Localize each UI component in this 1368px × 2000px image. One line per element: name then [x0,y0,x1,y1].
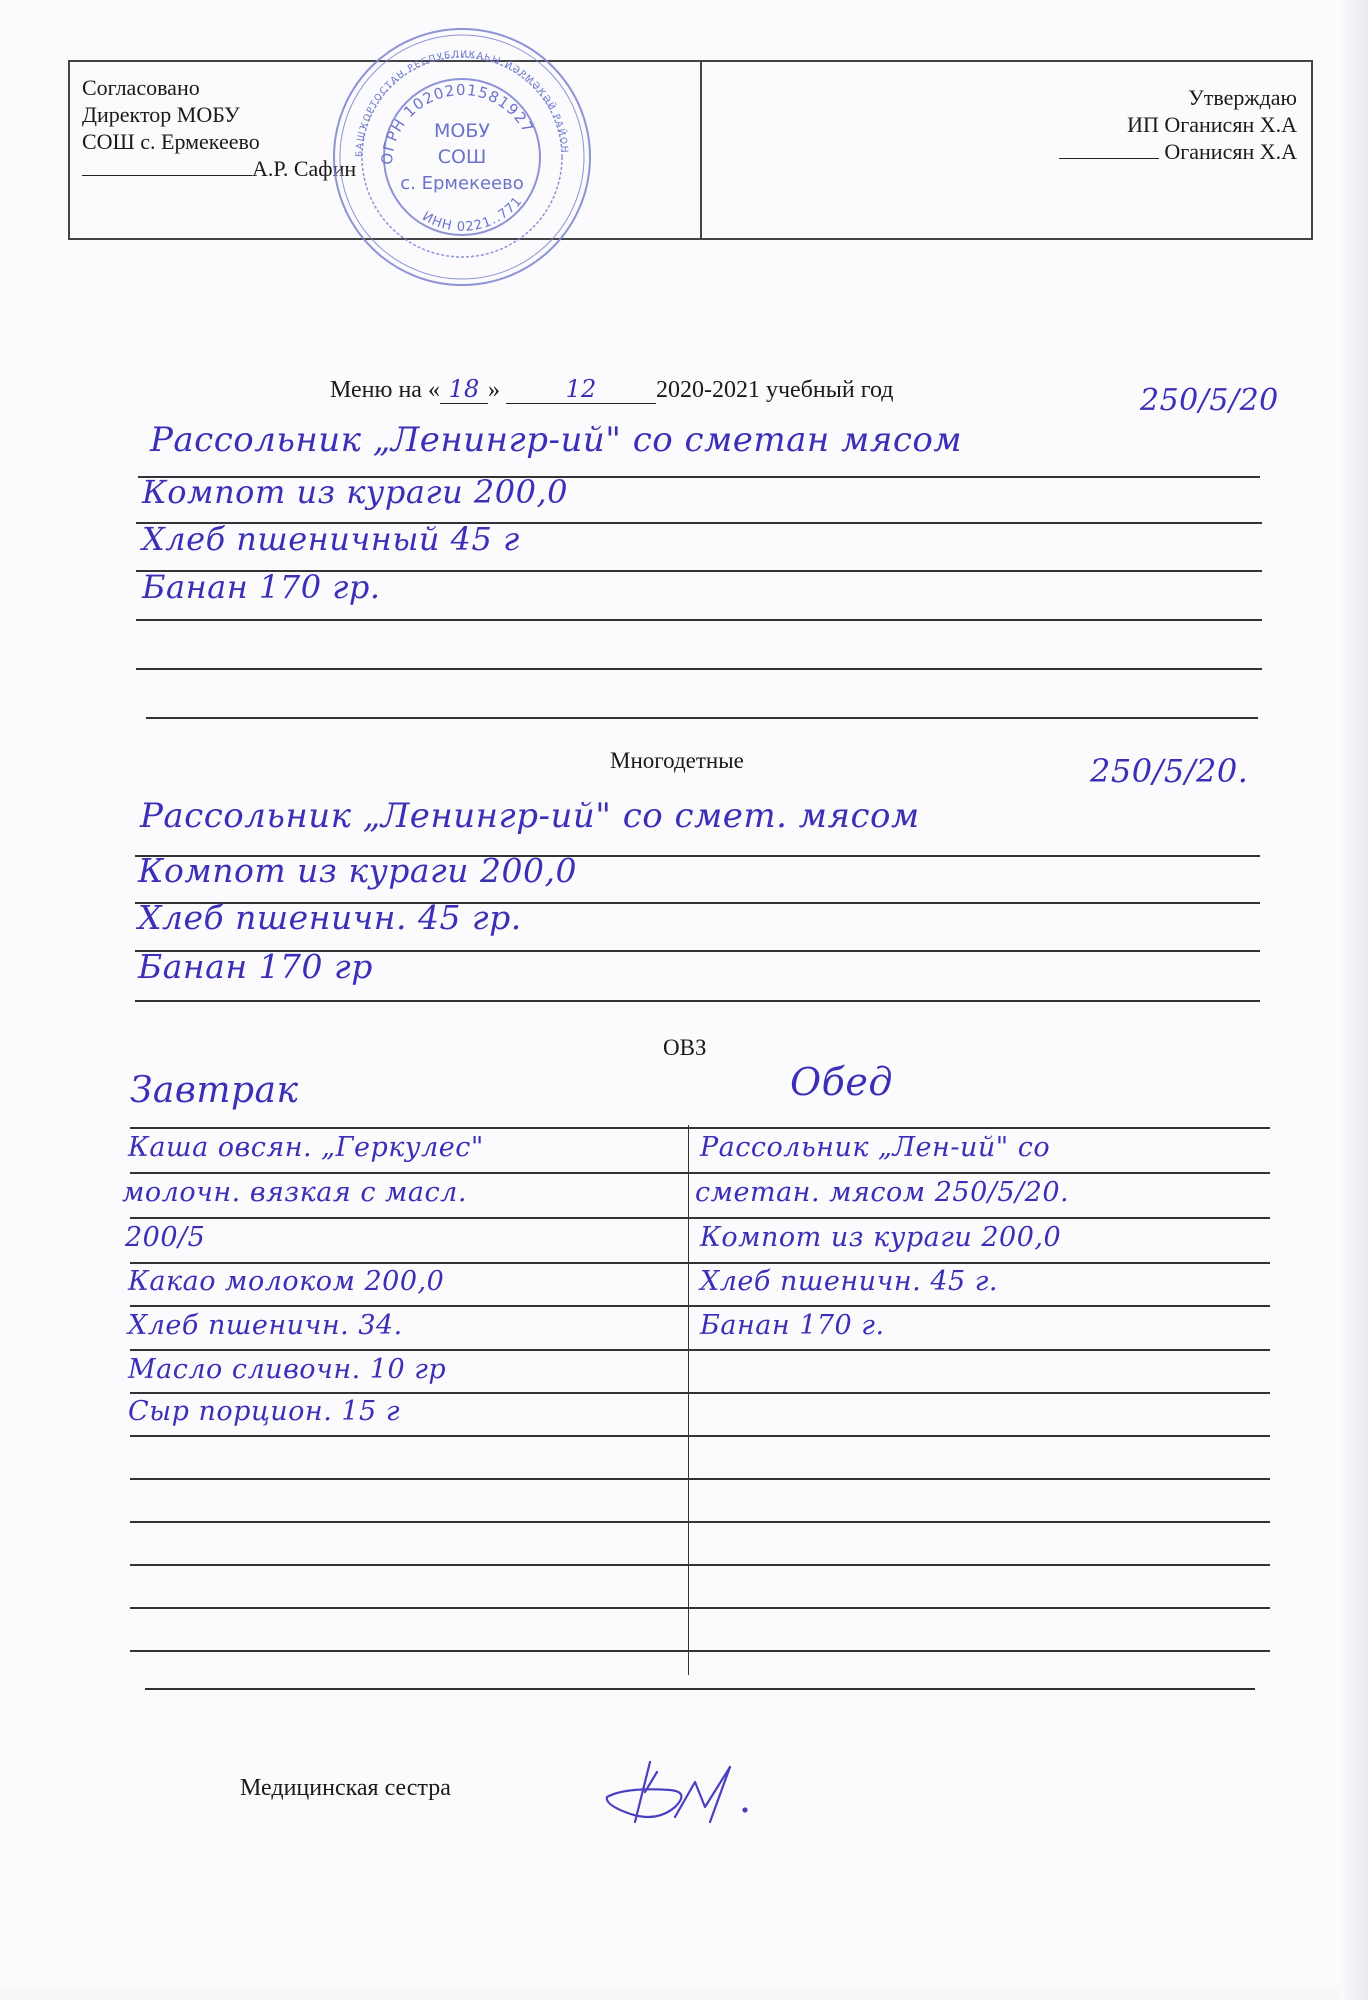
agreed-label: Согласовано [82,74,356,101]
director-title: Директор МОБУ [82,101,356,128]
nurse-label: Медицинская сестра [240,1775,451,1802]
lunch-item-2: сметан. мясом 250/5/20. [695,1177,1069,1208]
menu-rule-5 [136,668,1262,670]
ovz-rule-11 [130,1607,1270,1609]
menu-prefix: Меню на « [330,377,440,403]
approve-label: Утверждаю [1059,84,1297,111]
breakfast-item-3: 200/5 [125,1222,205,1253]
menu-rule-4 [136,619,1262,621]
agreed-block: Согласовано Директор МОБУ СОШ с. Ермекее… [82,74,356,182]
large-families-item-1: Рассольник „Ленингр-ий" со смет. мясом [140,796,920,836]
entrepreneur-signature-line: Оганисян Х.А [1059,138,1297,165]
breakfast-item-5: Хлеб пшеничн. 34. [128,1310,403,1341]
menu-day: 18 [440,375,488,404]
header-divider [700,62,702,238]
breakfast-item-7: Сыр порцион. 15 г [128,1396,400,1427]
approval-header-table: Согласовано Директор МОБУ СОШ с. Ермекее… [68,60,1313,240]
large-families-portion-note: 250/5/20. [1090,752,1248,790]
menu-sep: » [488,377,500,403]
menu-item-3: Хлеб пшеничный 45 г [142,520,520,558]
ovz-rule-7 [130,1435,1270,1437]
menu-date-title: Меню на «18» 122020-2021 учебный год [330,375,893,404]
menu-portion-note: 250/5/20 [1140,383,1279,418]
breakfast-item-6: Масло сливочн. 10 гр [128,1354,446,1385]
breakfast-item-4: Какао молоком 200,0 [128,1266,444,1297]
ovz-rule-2 [130,1217,1270,1219]
breakfast-item-2: молочн. вязкая с масл. [122,1177,467,1208]
ovz-rule-13 [145,1688,1255,1690]
lunch-item-4: Хлеб пшеничн. 45 г. [700,1266,998,1297]
ovz-rule-4 [130,1305,1270,1307]
ovz-rule-10 [130,1564,1270,1566]
entrepreneur-title: ИП Оганисян Х.А [1059,111,1297,138]
large-families-item-2: Компот из кураги 200,0 [138,851,577,890]
large-families-item-4: Банан 170 гр [138,947,373,986]
breakfast-item-1: Каша овсян. „Геркулес" [128,1132,484,1163]
menu-item-1: Рассольник „Ленингр-ий" со сметан мясом [150,420,962,460]
director-name: А.Р. Сафин [252,156,356,181]
document-page [0,0,1340,1990]
ovz-rule-0 [130,1127,1270,1129]
ovz-rule-1 [130,1172,1270,1174]
lunch-item-5: Банан 170 г. [700,1310,885,1341]
menu-item-4: Банан 170 гр. [142,568,381,606]
lunch-item-1: Рассольник „Лен-ий" со [700,1132,1050,1163]
ovz-rule-5 [130,1349,1270,1351]
menu-rule-6 [146,717,1258,719]
ovz-rule-8 [130,1478,1270,1480]
menu-month: 12 [506,375,656,404]
ovz-rule-9 [130,1521,1270,1523]
ovz-breakfast-heading: Завтрак [130,1070,299,1111]
large-families-item-3: Хлеб пшеничн. 45 гр. [138,898,522,937]
menu-item-2: Компот из кураги 200,0 [142,473,568,511]
lunch-item-3: Компот из кураги 200,0 [700,1222,1061,1253]
menu-year: 2020-2021 учебный год [656,377,894,403]
ovz-title: ОВЗ [663,1035,706,1061]
school-name: СОШ с. Ермекеево [82,128,356,155]
nurse-signature-icon [595,1752,765,1832]
approve-block: Утверждаю ИП Оганисян Х.А Оганисян Х.А [1059,84,1297,165]
ovz-column-divider [688,1125,689,1675]
ovz-rule-12 [130,1650,1270,1652]
entrepreneur-name: Оганисян Х.А [1164,139,1297,164]
ovz-rule-3 [130,1262,1270,1264]
ovz-lunch-heading: Обед [790,1060,893,1104]
lf-rule-4 [135,1000,1260,1002]
director-signature-line: А.Р. Сафин [82,155,356,182]
ovz-rule-6 [130,1392,1270,1394]
large-families-title: Многодетные [610,748,744,774]
scan-edge-shadow [1340,0,1368,2000]
